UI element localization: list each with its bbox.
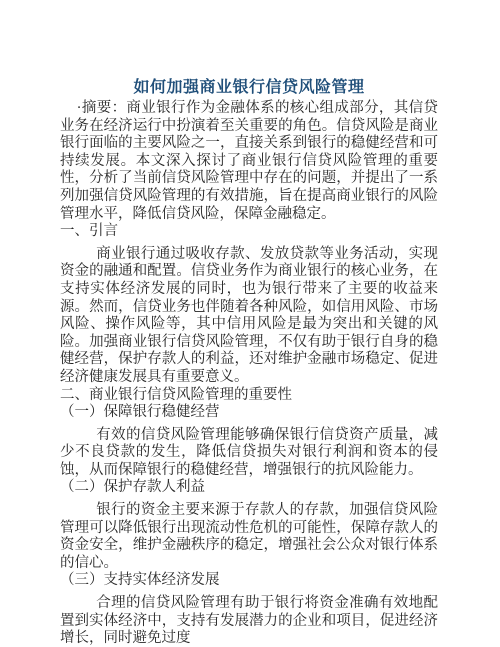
subsection-heading-steady-operation: （一）保障银行稳健经营 (60, 404, 438, 422)
depositor-protection-paragraph: 银行的资金主要来源于存款人的存款，加强信贷风险管理可以降低银行出现流动性危机的可… (60, 502, 438, 572)
subsection-heading-real-economy: （三）支持实体经济发展 (60, 572, 438, 590)
subsection-heading-depositor-protection: （二）保护存款人利益 (60, 479, 438, 497)
abstract-paragraph: ·摘要：商业银行作为金融体系的核心组成部分，其信贷业务在经济运行中扮演着至关重要… (60, 100, 438, 223)
document-page: 如何加强商业银行信贷风险管理 ·摘要：商业银行作为金融体系的核心组成部分，其信贷… (0, 0, 500, 647)
steady-operation-paragraph: 有效的信贷风险管理能够确保银行信贷资产质量，减少不良贷款的发生，降低信贷损失对银… (60, 427, 438, 480)
section-heading-importance: 二、商业银行信贷风险管理的重要性 (60, 387, 438, 405)
document-title: 如何加强商业银行信贷风险管理 (60, 77, 438, 98)
introduction-paragraph: 商业银行通过吸收存款、发放贷款等业务活动，实现资金的融通和配置。信贷业务作为商业… (60, 246, 438, 387)
section-heading-introduction: 一、引言 (60, 223, 438, 241)
real-economy-paragraph: 合理的信贷风险管理有助于银行将资金准确有效地配置到实体经济中，支持有发展潜力的企… (60, 595, 438, 647)
